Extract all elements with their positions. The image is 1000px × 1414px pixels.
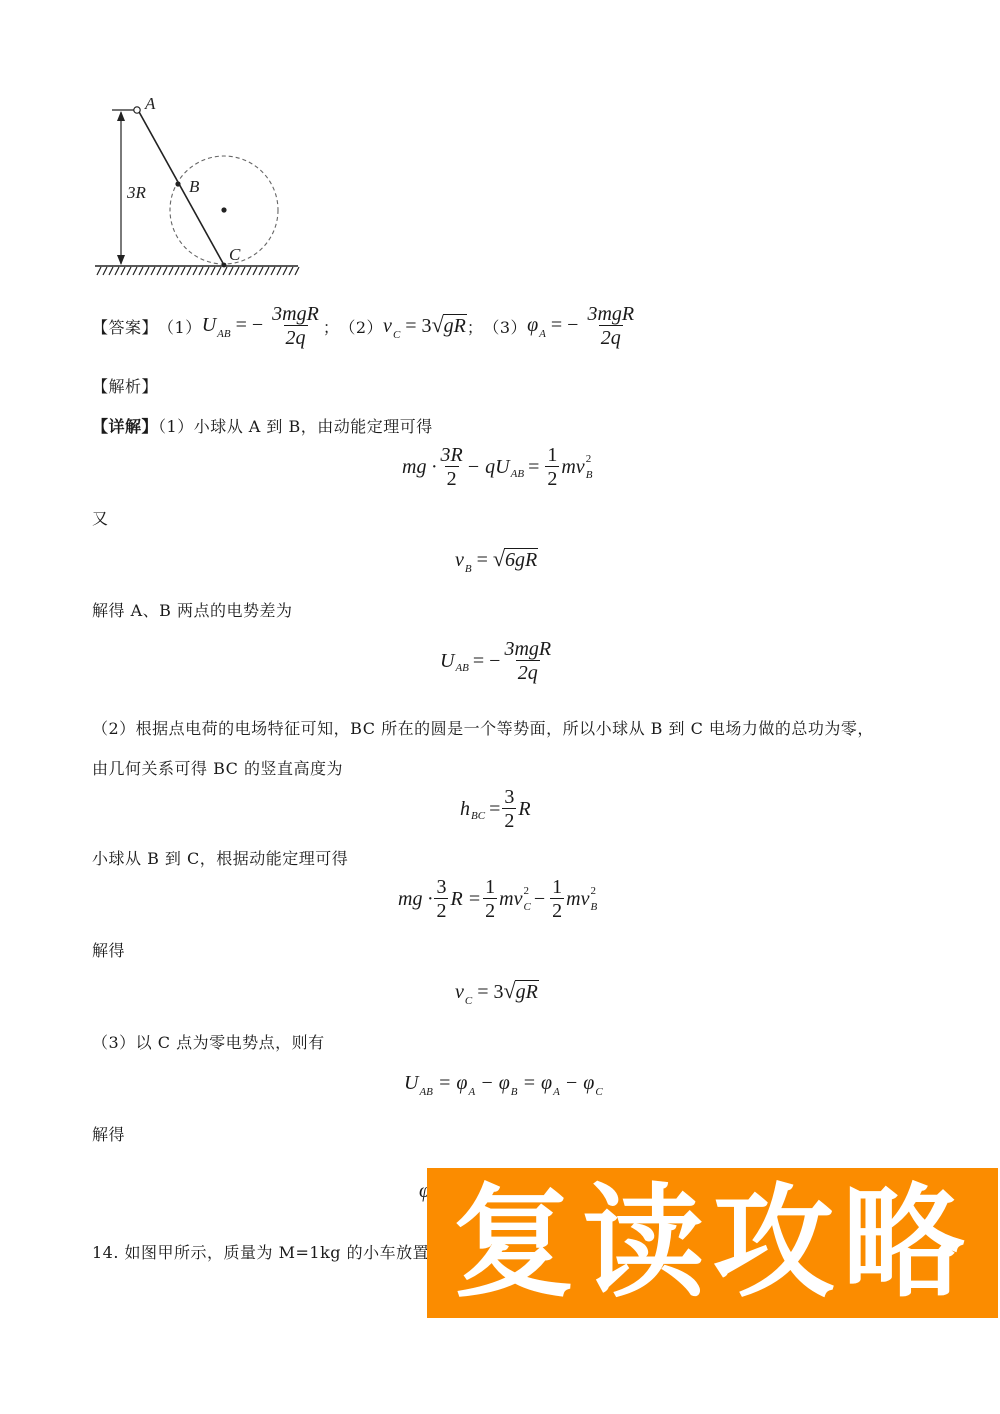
equation-6: vC = 3√gR	[455, 980, 539, 1004]
equation-7: UAB = φA − φB = φA − φC	[404, 1072, 603, 1095]
analysis-tag: 【解析】	[92, 374, 158, 397]
detail-line4: 由几何关系可得 BC 的竖直高度为	[92, 756, 343, 779]
detail-line3: （2）根据点电荷的电场特征可知，BC 所在的圆是一个等势面，所以小球从 B 到 …	[92, 716, 874, 739]
label-c: C	[229, 245, 241, 264]
answer-line: 【答案】 （1） UAB = − 3mgR2q ； （2） vC = 3√gR …	[92, 298, 638, 354]
equation-3: UAB = − 3mgR2q	[440, 638, 555, 685]
detail-line8: 解得	[92, 1122, 125, 1145]
answer-part1-label: （1）	[158, 315, 202, 338]
equation-5: mg · 32 R = 12 mv2C − 12 mv2B	[398, 876, 597, 923]
answer-part2-label: （2）	[339, 315, 383, 338]
detail-line2: 解得 A、B 两点的电势差为	[92, 598, 293, 621]
answer-part2-formula: vC = 3√gR	[383, 314, 467, 338]
detail-line5: 小球从 B 到 C，根据动能定理可得	[92, 846, 348, 869]
label-a: A	[144, 94, 156, 113]
physics-diagram: A B C 3R	[88, 90, 308, 280]
equation-4: hBC = 32 R	[460, 786, 531, 833]
answer-part3-label: （3）	[483, 315, 527, 338]
ground-hatching	[95, 266, 299, 275]
label-height: 3R	[126, 183, 147, 202]
detail-tag: 【详解】	[92, 417, 158, 436]
next-question: 14. 如图甲所示，质量为 M=1kg 的小车放置	[92, 1240, 429, 1263]
answer-tag: 【答案】	[92, 315, 158, 338]
label-b: B	[189, 177, 200, 196]
detail-line6: 解得	[92, 938, 125, 961]
watermark-banner: 复读攻略	[427, 1168, 998, 1318]
answer-part3-formula: φA = − 3mgR2q	[527, 303, 638, 350]
equation-1: mg · 3R2 − qUAB = 12 mv2B	[402, 444, 592, 491]
watermark-text: 复读攻略	[453, 1182, 973, 1304]
text-you: 又	[92, 506, 109, 529]
equation-2: vB = √6gR	[455, 548, 538, 572]
answer-part1-formula: UAB = − 3mgR2q	[202, 303, 323, 350]
detail-line1: 【详解】（1）小球从 A 到 B，由动能定理可得	[92, 414, 433, 437]
detail-line7: （3）以 C 点为零电势点，则有	[92, 1030, 325, 1053]
